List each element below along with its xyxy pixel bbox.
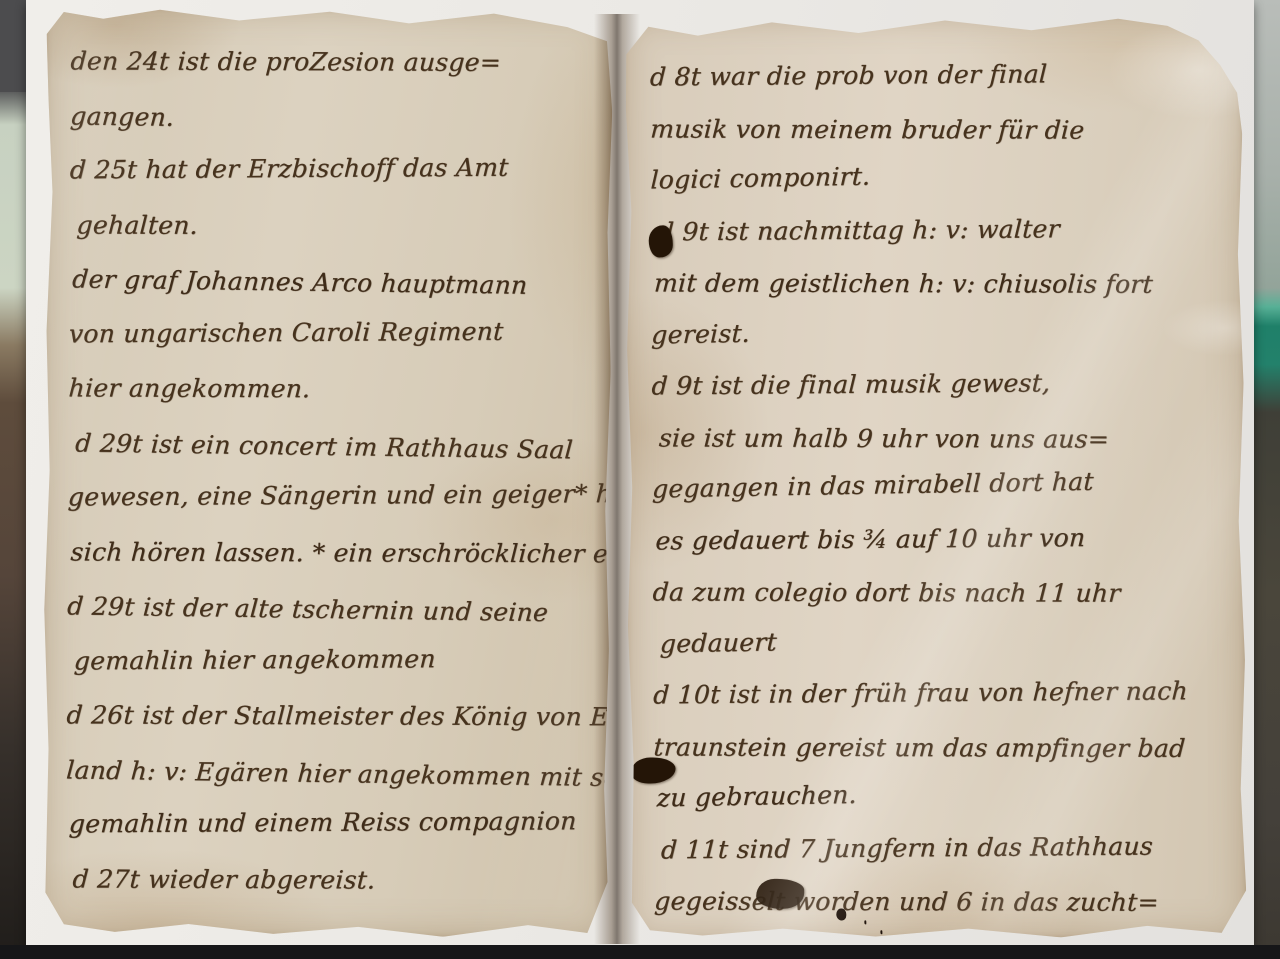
handwritten-line: gegangen in das mirabell dort hat: [651, 455, 1239, 517]
right-page: d 8t war die prob von der final musik vo…: [624, 14, 1247, 939]
museum-photo-of-manuscript: den 24t ist die proZesion ausge= gangen.…: [0, 0, 1280, 959]
handwritten-line: sich hören lassen. * ein erschröcklicher…: [69, 527, 603, 583]
handwritten-line: von ungarischen Caroli Regiment: [68, 306, 605, 364]
handwritten-line: den 24t ist die proZesion ausge=: [69, 36, 606, 92]
handwritten-line: d 11t sind 7 Jungfern in das Rathhaus: [660, 821, 1241, 877]
right-page-text: d 8t war die prob von der final musik vo…: [624, 14, 1247, 939]
handwritten-line: gedauert: [659, 610, 1240, 672]
handwritten-line: d 27t wieder abgereist.: [71, 854, 601, 910]
handwritten-line: d 9t ist nachmittag h: v: walter: [657, 203, 1238, 259]
ink-blot: [756, 879, 804, 909]
handwritten-line: d 8t war die prob von der final: [649, 49, 1237, 105]
handwritten-line: d 9t ist die final musik gewest,: [650, 358, 1238, 414]
handwritten-line: gehalten.: [75, 200, 605, 256]
handwritten-line: d 26t ist der Stallmeister des König von…: [65, 690, 602, 746]
handwritten-line: hier angekommen.: [67, 363, 604, 419]
handwritten-line: gewesen, eine Sängerin und ein geiger* h…: [67, 469, 604, 527]
left-page-text: den 24t ist die proZesion ausge= gangen.…: [41, 6, 613, 937]
handwritten-line: zu gebrauchen.: [656, 764, 1241, 826]
handwritten-line: es gedauert bis ¾ auf 10 uhr von: [654, 512, 1239, 568]
handwritten-line: logici componirt.: [650, 146, 1238, 208]
ink-spatter: [836, 908, 846, 920]
handwritten-line: gereist.: [650, 301, 1238, 363]
handwritten-line: gemahlin hier angekommen: [73, 633, 603, 691]
handwritten-line: gegeisselt worden und 6 in das zucht=: [653, 877, 1242, 930]
background-bottom-shadow: [0, 945, 1280, 959]
handwritten-line: gemahlin und einem Reiss compagnion: [68, 796, 602, 854]
handwritten-line: d 25t hat der Erzbischoff das Amt: [69, 142, 606, 200]
ink-blot: [649, 225, 673, 257]
left-page: den 24t ist die proZesion ausge= gangen.…: [41, 6, 613, 937]
handwritten-line: d 10t ist in der früh frau von hefner na…: [652, 667, 1240, 723]
